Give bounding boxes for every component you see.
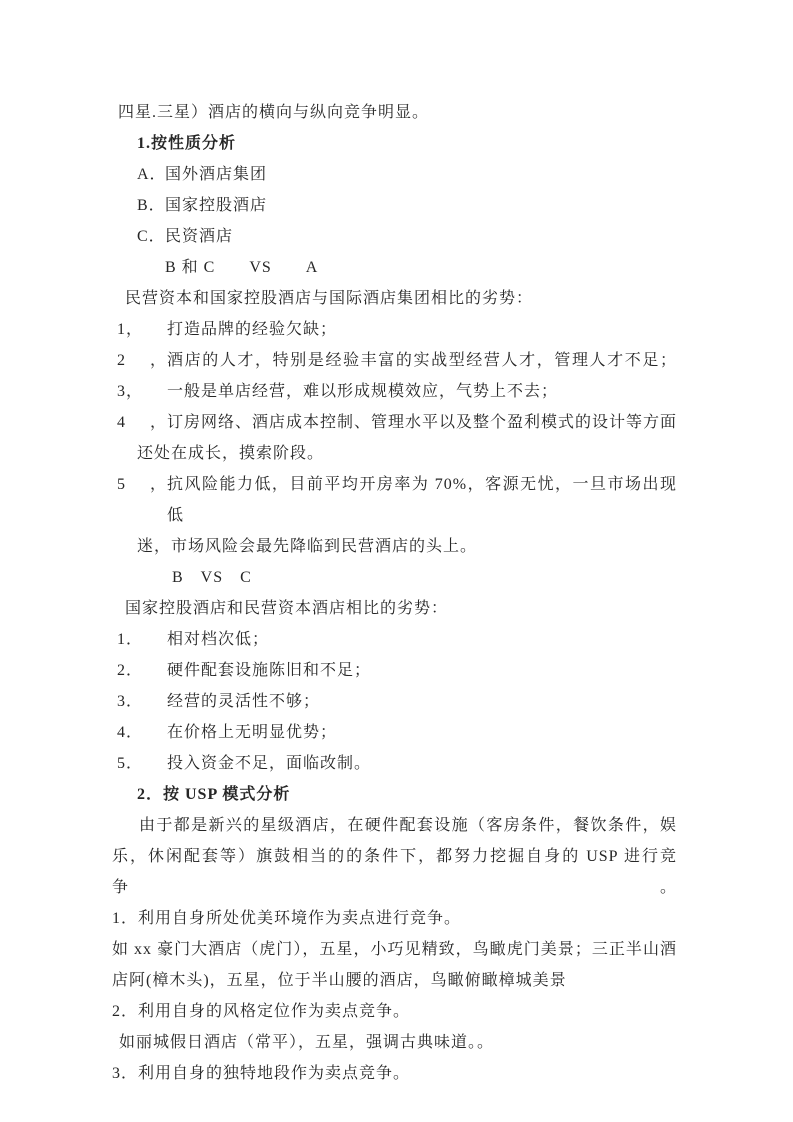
disadvantage-5: 5，抗风险能力低，目前平均开房率为 70%，客源无忧，一旦市场出现低 [117, 469, 677, 531]
weakness-2-marker: 2． [117, 655, 167, 686]
disadvantage-5-continuation: 迷，市场风险会最先降临到民营酒店的头上。 [137, 531, 677, 562]
option-b-marker: B． [137, 190, 165, 221]
option-c: C．民资酒店 [137, 221, 677, 252]
weakness-4-text: 在价格上无明显优势； [167, 724, 337, 741]
para-state-vs-private: 国家控股酒店和民营资本酒店相比的劣势： [125, 593, 677, 624]
disadvantage-5-text: 抗风险能力低，目前平均开房率为 70%，客源无忧，一旦市场出现低 [167, 469, 677, 531]
usp-example-2: 如丽城假日酒店（常平），五星，强调古典味道。。 [119, 1027, 677, 1058]
weakness-3: 3．经营的灵活性不够； [117, 686, 677, 717]
disadvantage-1-marker: 1， [117, 314, 167, 345]
para-private-vs-intl: 民营资本和国家控股酒店与国际酒店集团相比的劣势： [125, 283, 677, 314]
document-page: 四星.三星）酒店的横向与纵向竞争明显。 1.按性质分析 A．国外酒店集团 B．国… [0, 0, 793, 1122]
option-b: B．国家控股酒店 [137, 190, 677, 221]
option-a: A．国外酒店集团 [137, 159, 677, 190]
disadvantage-2-marker: 2， [117, 345, 167, 376]
disadvantage-5-marker: 5， [117, 469, 167, 500]
weakness-1-marker: 1． [117, 624, 167, 655]
disadvantage-2: 2，酒店的人才，特别是经验丰富的实战型经营人才，管理人才不足； [117, 345, 677, 376]
disadvantage-1: 1，打造品牌的经验欠缺； [117, 314, 677, 345]
option-a-text: 国外酒店集团 [165, 166, 267, 183]
intro-line: 四星.三星）酒店的横向与纵向竞争明显。 [118, 97, 677, 128]
weakness-3-text: 经营的灵活性不够； [167, 693, 320, 710]
weakness-5: 5．投入资金不足，面临改制。 [117, 748, 677, 779]
usp-example-1-continuation: 店阿(樟木头)，五星，位于半山腰的酒店，鸟瞰俯瞰樟城美景 [112, 965, 677, 996]
weakness-1-text: 相对档次低； [167, 631, 269, 648]
vs-line-b-vs-c: B VS C [172, 562, 677, 593]
disadvantage-4: 4，订房网络、酒店成本控制、管理水平以及整个盈利模式的设计等方面 [117, 407, 677, 438]
usp-example-1: 如 xx 豪门大酒店（虎门），五星，小巧见精致，鸟瞰虎门美景；三正半山酒 [112, 934, 677, 965]
weakness-1: 1．相对档次低； [117, 624, 677, 655]
disadvantage-4-marker: 4， [117, 407, 167, 438]
usp-point-3: 3．利用自身的独特地段作为卖点竞争。 [112, 1058, 677, 1089]
disadvantage-3: 3，一般是单店经营，难以形成规模效应，气势上不去； [117, 376, 677, 407]
disadvantage-4-text: 订房网络、酒店成本控制、管理水平以及整个盈利模式的设计等方面 [167, 407, 677, 438]
vs-line-bc-vs-a: B 和 C VS A [165, 252, 677, 283]
para-usp-intro-continuation: 乐，休闲配套等）旗鼓相当的的条件下，都努力挖掘自身的 USP 进行竞争。 [112, 841, 677, 903]
disadvantage-2-text: 酒店的人才，特别是经验丰富的实战型经营人才，管理人才不足； [167, 345, 677, 376]
para-usp-intro: 由于都是新兴的星级酒店，在硬件配套设施（客房条件，餐饮条件，娱 [112, 810, 677, 841]
option-c-text: 民资酒店 [165, 228, 233, 245]
disadvantage-1-text: 打造品牌的经验欠缺； [167, 321, 337, 338]
weakness-3-marker: 3． [117, 686, 167, 717]
weakness-5-text: 投入资金不足，面临改制。 [167, 755, 371, 772]
disadvantage-4-continuation: 还处在成长，摸索阶段。 [137, 438, 677, 469]
option-c-marker: C． [137, 221, 165, 252]
weakness-4-marker: 4． [117, 717, 167, 748]
option-b-text: 国家控股酒店 [165, 197, 267, 214]
usp-point-1: 1．利用自身所处优美环境作为卖点进行竞争。 [112, 903, 677, 934]
heading-nature-analysis: 1.按性质分析 [137, 128, 677, 159]
usp-point-2: 2．利用自身的风格定位作为卖点竞争。 [112, 996, 677, 1027]
heading-usp-analysis: 2．按 USP 模式分析 [137, 779, 677, 810]
weakness-2: 2．硬件配套设施陈旧和不足； [117, 655, 677, 686]
weakness-2-text: 硬件配套设施陈旧和不足； [167, 662, 371, 679]
disadvantage-3-marker: 3， [117, 376, 167, 407]
weakness-5-marker: 5． [117, 748, 167, 779]
weakness-4: 4．在价格上无明显优势； [117, 717, 677, 748]
option-a-marker: A． [137, 159, 165, 190]
disadvantage-3-text: 一般是单店经营，难以形成规模效应，气势上不去； [167, 383, 558, 400]
